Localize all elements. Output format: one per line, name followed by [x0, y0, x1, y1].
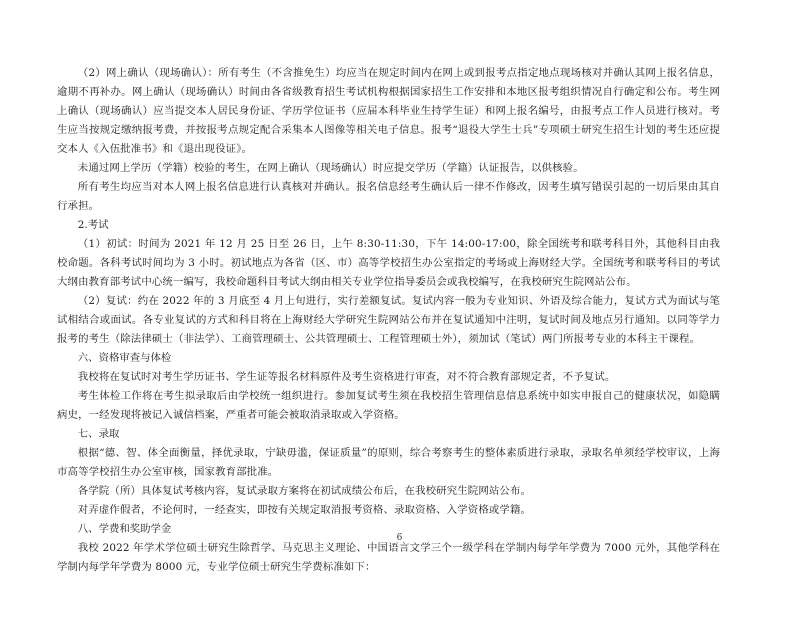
paragraph-retest-content: 各学院（所）具体复试考核内容，复试录取方案将在初试成绩公布后，在我校研究生院网站… [57, 482, 720, 501]
heading-qualification-review: 六、资格审查与体检 [57, 349, 720, 368]
paragraph-admission-principle: 根据“德、智、体全面衡量，择优录取，宁缺毋滥，保证质量”的原则，综合考察考生的整… [57, 444, 720, 482]
heading-exam: 2.考试 [57, 216, 720, 235]
paragraph-physical-exam: 考生体检工作将在考生拟录取后由学校统一组织进行。参加复试考生须在我校招生管理信息… [57, 387, 720, 425]
paragraph-fraud-policy: 对弄虚作假者，不论何时，一经查实，即按有关规定取消报考资格、录取资格、入学资格或… [57, 501, 720, 520]
document-body: （2）网上确认（现场确认）：所有考生（不含推免生）均应当在规定时间内在网上或到报… [57, 64, 720, 577]
page-number: 6 [0, 533, 799, 543]
paragraph-qualification-review: 我校将在复试时对考生学历证书、学生证等报名材料原件及考生资格进行审查，对不符合教… [57, 368, 720, 387]
heading-admission: 七、录取 [57, 425, 720, 444]
paragraph-tuition: 我校 2022 年学术学位硕士研究生除哲学、马克思主义理论、中国语言文学三个一级… [57, 539, 720, 577]
paragraph-preliminary-exam: （1）初试：时间为 2021 年 12 月 25 日至 26 日，上午 8:30… [57, 235, 720, 292]
paragraph-info-check: 所有考生均应当对本人网上报名信息进行认真核对并确认。报名信息经考生确认后一律不作… [57, 178, 720, 216]
paragraph-retest: （2）复试：约在 2022 年的 3 月底至 4 月上旬进行，实行差额复试。复试… [57, 292, 720, 349]
paragraph-degree-verification: 未通过网上学历（学籍）校验的考生，在网上确认（现场确认）时应提交学历（学籍）认证… [57, 159, 720, 178]
paragraph-online-confirmation: （2）网上确认（现场确认）：所有考生（不含推免生）均应当在规定时间内在网上或到报… [57, 64, 720, 159]
